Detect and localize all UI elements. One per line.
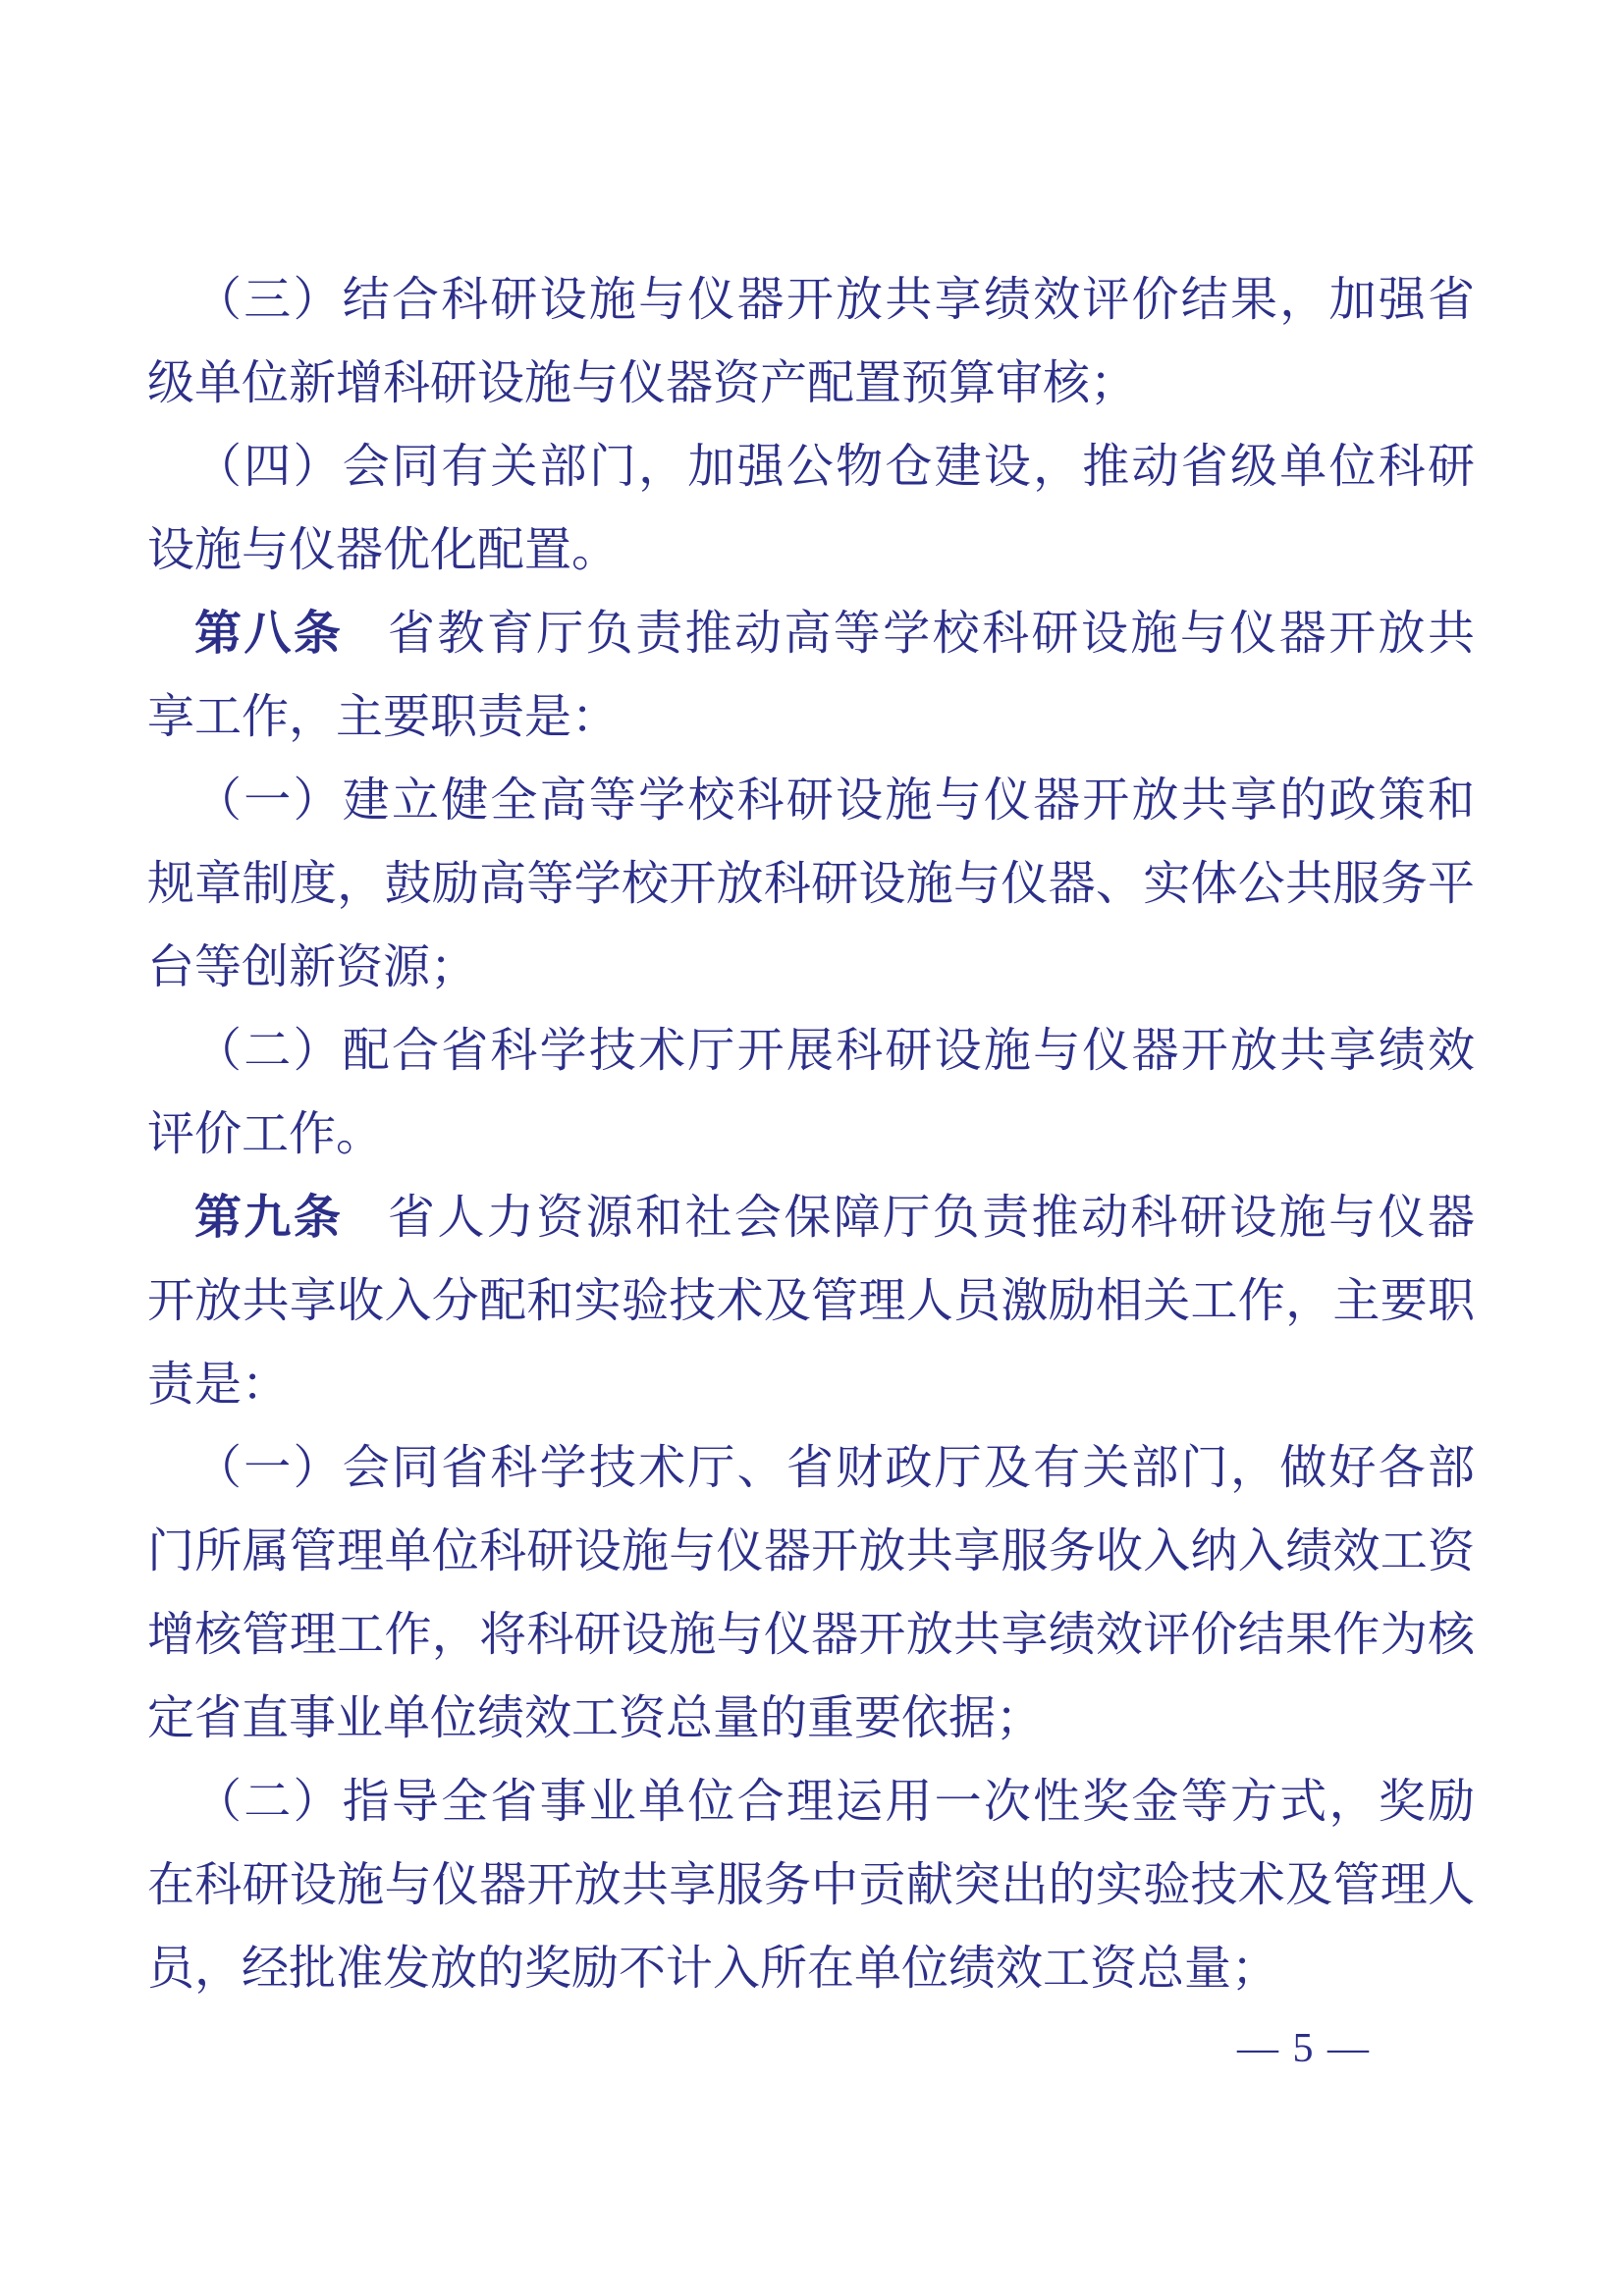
text-line: （三）结合科研设施与仪器开放共享绩效评价结果，加强省: [147, 258, 1475, 342]
paragraph-article-8: 第八条省教育厅负责推动高等学校科研设施与仪器开放共 享工作，主要职责是：: [147, 592, 1475, 759]
text-line: 设施与仪器优化配置。: [147, 508, 1475, 592]
page-number: — 5 —: [1237, 2024, 1371, 2073]
text-line: （一）会同省科学技术厅、省财政厅及有关部门，做好各部: [147, 1426, 1475, 1510]
text-line: 在科研设施与仪器开放共享服务中贡献突出的实验技术及管理人: [147, 1843, 1475, 1927]
text-line: （四）会同有关部门，加强公物仓建设，推动省级单位科研: [147, 425, 1475, 508]
text-line: 开放共享收入分配和实验技术及管理人员激励相关工作，主要职: [147, 1259, 1475, 1343]
text-line: 增核管理工作，将科研设施与仪器开放共享绩效评价结果作为核: [147, 1593, 1475, 1677]
document-body: （三）结合科研设施与仪器开放共享绩效评价结果，加强省 级单位新增科研设施与仪器资…: [147, 258, 1475, 2010]
article-8-heading: 第八条: [194, 608, 343, 660]
text-line: 规章制度，鼓励高等学校开放科研设施与仪器、实体公共服务平: [147, 842, 1475, 926]
text-line: 门所属管理单位科研设施与仪器开放共享服务收入纳入绩效工资: [147, 1510, 1475, 1593]
paragraph-clause-4: （四）会同有关部门，加强公物仓建设，推动省级单位科研 设施与仪器优化配置。: [147, 425, 1475, 592]
text-line: 第八条省教育厅负责推动高等学校科研设施与仪器开放共: [147, 592, 1475, 675]
paragraph-article-9-clause-1: （一）会同省科学技术厅、省财政厅及有关部门，做好各部 门所属管理单位科研设施与仪…: [147, 1426, 1475, 1760]
text-line: 级单位新增科研设施与仪器资产配置预算审核；: [147, 342, 1475, 425]
text-line: 员，经批准发放的奖励不计入所在单位绩效工资总量；: [147, 1927, 1475, 2010]
paragraph-article-9-clause-2: （二）指导全省事业单位合理运用一次性奖金等方式，奖励 在科研设施与仪器开放共享服…: [147, 1760, 1475, 2010]
text-line: （二）指导全省事业单位合理运用一次性奖金等方式，奖励: [147, 1760, 1475, 1843]
text-line: （二）配合省科学技术厅开展科研设施与仪器开放共享绩效: [147, 1009, 1475, 1093]
text-line: 定省直事业单位绩效工资总量的重要依据；: [147, 1677, 1475, 1760]
document-page: （三）结合科研设施与仪器开放共享绩效评价结果，加强省 级单位新增科研设施与仪器资…: [0, 0, 1624, 2296]
text-line: 责是：: [147, 1343, 1475, 1426]
text-line: 评价工作。: [147, 1093, 1475, 1176]
paragraph-clause-3: （三）结合科研设施与仪器开放共享绩效评价结果，加强省 级单位新增科研设施与仪器资…: [147, 258, 1475, 425]
paragraph-article-9: 第九条省人力资源和社会保障厅负责推动科研设施与仪器 开放共享收入分配和实验技术及…: [147, 1176, 1475, 1426]
text-segment: 省人力资源和社会保障厅负责推动科研设施与仪器: [388, 1192, 1475, 1244]
paragraph-article-8-clause-2: （二）配合省科学技术厅开展科研设施与仪器开放共享绩效 评价工作。: [147, 1009, 1475, 1176]
paragraph-article-8-clause-1: （一）建立健全高等学校科研设施与仪器开放共享的政策和 规章制度，鼓励高等学校开放…: [147, 759, 1475, 1009]
text-line: 台等创新资源；: [147, 926, 1475, 1009]
text-segment: 省教育厅负责推动高等学校科研设施与仪器开放共: [388, 608, 1475, 660]
text-line: 第九条省人力资源和社会保障厅负责推动科研设施与仪器: [147, 1176, 1475, 1259]
text-line: （一）建立健全高等学校科研设施与仪器开放共享的政策和: [147, 759, 1475, 842]
text-line: 享工作，主要职责是：: [147, 675, 1475, 759]
article-9-heading: 第九条: [194, 1192, 343, 1244]
